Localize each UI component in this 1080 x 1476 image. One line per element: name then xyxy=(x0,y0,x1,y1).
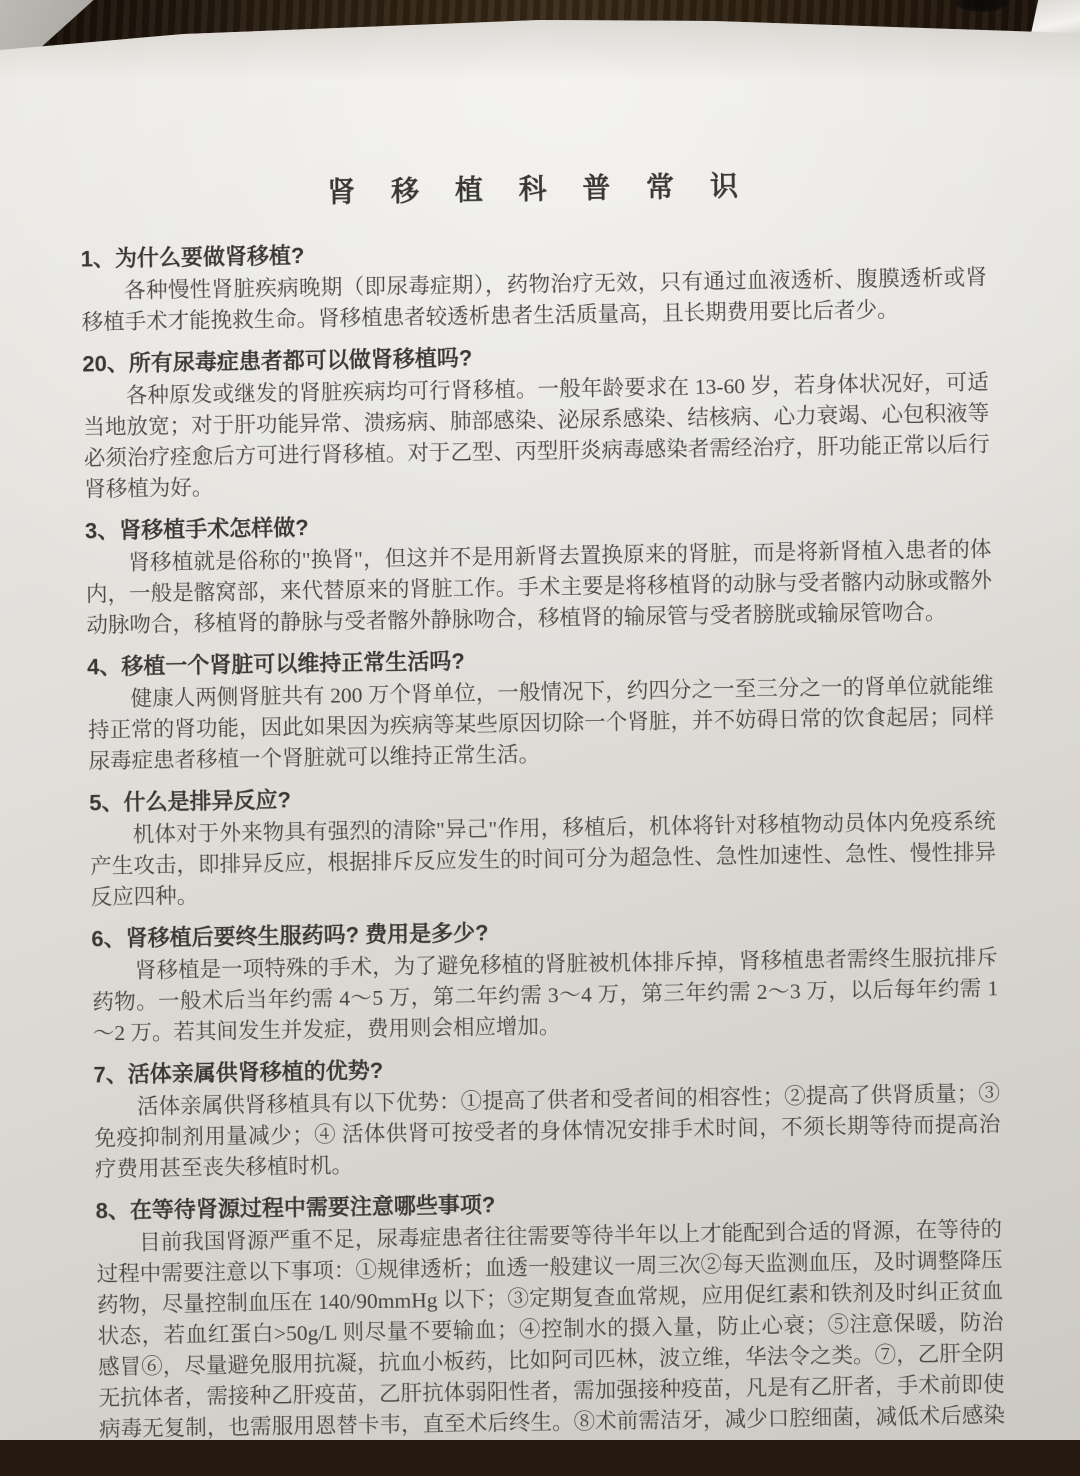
paper-sheet: 肾 移 植 科 普 常 识 1、为什么要做肾移植? 各种慢性肾脏疾病晚期（即尿毒… xyxy=(0,0,1080,1440)
answer-paragraph: 肾移植是一项特殊的手术，为了避免移植的肾脏被机体排斥掉，肾移植患者需终生服抗排斥… xyxy=(92,942,999,1049)
qa-section-2: 20、所有尿毒症患者都可以做肾移植吗? 各种原发或继发的肾脏疾病均可行肾移植。一… xyxy=(82,333,990,505)
answer-paragraph: 各种慢性肾脏疾病晚期（即尿毒症期），药物治疗无效，只有通过血液透析、腹膜透析或肾… xyxy=(81,262,988,338)
answer-paragraph: 健康人两侧肾脏共有 200 万个肾单位，一般情况下，约四分之一至三分之一的肾单位… xyxy=(87,670,994,777)
answer-paragraph: 目前我国肾源严重不足，尿毒症患者往往需要等待半年以上才能配到合适的肾源，在等待的… xyxy=(96,1214,1006,1440)
qa-section-4: 4、移植一个肾脏可以维持正常生活吗? 健康人两侧肾脏共有 200 万个肾单位，一… xyxy=(87,636,995,777)
qa-section-8: 8、在等待肾源过程中需要注意哪些事项? 目前我国肾源严重不足，尿毒症患者往往需要… xyxy=(95,1180,1005,1440)
qa-section-7: 7、活体亲属供肾移植的优势? 活体亲属供肾移植具有以下优势：①提高了供者和受者间… xyxy=(93,1044,1001,1185)
answer-paragraph: 肾移植就是俗称的"换肾"，但这并不是用新肾去置换原来的肾脏，而是将新肾植入患者的… xyxy=(85,534,992,641)
qa-section-1: 1、为什么要做肾移植? 各种慢性肾脏疾病晚期（即尿毒症期），药物治疗无效，只有通… xyxy=(80,228,987,338)
answer-paragraph: 活体亲属供肾移植具有以下优势：①提高了供者和受者间的相容性；②提高了供肾质量；③… xyxy=(94,1078,1001,1185)
answer-paragraph: 各种原发或继发的肾脏疾病均可行肾移植。一般年龄要求在 13-60 岁，若身体状况… xyxy=(83,367,991,505)
page-content: 肾 移 植 科 普 常 识 1、为什么要做肾移植? 各种慢性肾脏疾病晚期（即尿毒… xyxy=(77,0,1006,1440)
qa-section-3: 3、肾移植手术怎样做? 肾移植就是俗称的"换肾"，但这并不是用新肾去置换原来的肾… xyxy=(85,500,993,641)
photo-scene: 肾 移 植 科 普 常 识 1、为什么要做肾移植? 各种慢性肾脏疾病晚期（即尿毒… xyxy=(0,0,1080,1440)
answer-paragraph: 机体对于外来物具有强烈的清除"异己"作用，移植后，机体将针对移植物动员体内免疫系… xyxy=(90,806,997,913)
qa-section-6: 6、肾移植后要终生服药吗? 费用是多少? 肾移植是一项特殊的手术，为了避免移植的… xyxy=(91,908,999,1049)
page-title: 肾 移 植 科 普 常 识 xyxy=(79,160,986,214)
qa-section-5: 5、什么是排异反应? 机体对于外来物具有强烈的清除"异己"作用，移植后，机体将针… xyxy=(89,772,997,913)
